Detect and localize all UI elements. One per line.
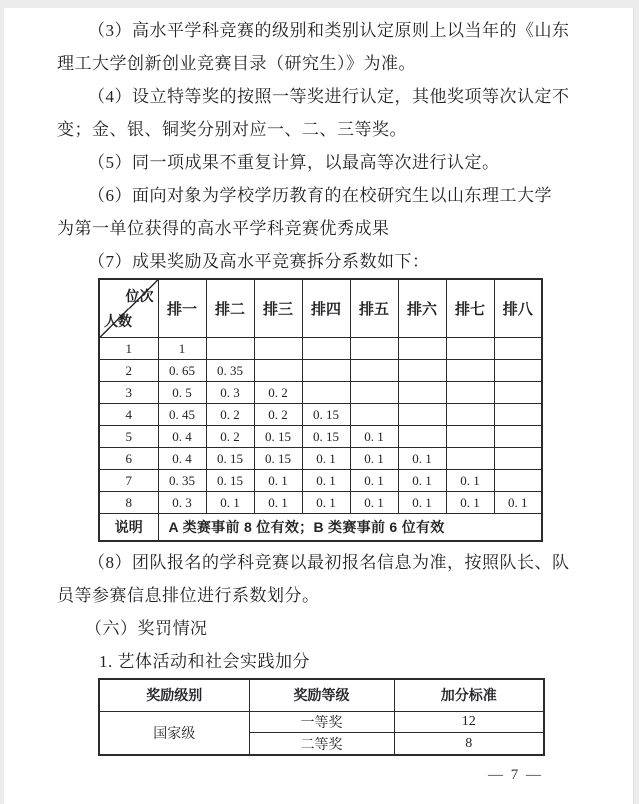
cell: 0. 5: [158, 382, 206, 404]
cell: 0. 1: [350, 492, 398, 514]
diagonal-corner-cell: 位次 人数: [99, 279, 158, 338]
cell: [494, 470, 542, 492]
paragraph-3: （3）高水平学科竞赛的级别和类别认定原则上以当年的《山东 理工大学创新创业竞赛目…: [57, 14, 585, 80]
section-6-heading: （六）奖罚情况: [57, 612, 585, 645]
cell: [446, 382, 494, 404]
paragraph-6: （6）面向对象为学校学历教育的在校研究生以山东理工大学 为第一单位获得的高水平学…: [57, 179, 585, 245]
cell: 0. 3: [158, 492, 206, 514]
cell: 0. 4: [158, 426, 206, 448]
cell: [302, 360, 350, 382]
cell: [302, 382, 350, 404]
cell: [446, 426, 494, 448]
document-page: （3）高水平学科竞赛的级别和类别认定原则上以当年的《山东 理工大学创新创业竞赛目…: [4, 8, 634, 804]
bonus-score-cell: 8: [394, 733, 544, 755]
table-row: 8 0. 3 0. 1 0. 1 0. 1 0. 1 0. 1 0. 1 0. …: [99, 492, 542, 514]
bonus-table: 奖励级别 奖励等级 加分标准 国家级 一等奖 12 二等奖 8: [98, 678, 545, 756]
table-row: 4 0. 45 0. 2 0. 2 0. 15: [99, 404, 542, 426]
cell: 0. 1: [350, 426, 398, 448]
cell: 0. 15: [254, 448, 302, 470]
note-row: 说明 A 类赛事前 8 位有效；B 类赛事前 6 位有效: [99, 514, 542, 541]
cell: 0. 15: [302, 426, 350, 448]
cell: 0. 35: [206, 360, 254, 382]
cell: 0. 1: [302, 492, 350, 514]
paragraph-3-line-1: （3）高水平学科竞赛的级别和类别认定原则上以当年的《山东: [57, 14, 585, 47]
cell: [494, 404, 542, 426]
table-row: 3 0. 5 0. 3 0. 2: [99, 382, 542, 404]
paragraph-8-line-2: 员等参赛信息排位进行系数划分。: [57, 579, 585, 612]
cell: 0. 1: [254, 470, 302, 492]
row-label: 3: [99, 382, 158, 404]
cell: [302, 338, 350, 360]
note-text: A 类赛事前 8 位有效；B 类赛事前 6 位有效: [158, 514, 542, 541]
cell: [206, 338, 254, 360]
row-label: 6: [99, 448, 158, 470]
col-header-rank7: 排七: [446, 279, 494, 338]
paragraph-3-line-2: 理工大学创新创业竞赛目录（研究生）》为准。: [57, 47, 585, 80]
col-header-award-grade: 奖励等级: [249, 679, 394, 711]
row-label: 8: [99, 492, 158, 514]
cell: 0. 15: [206, 448, 254, 470]
cell: 0. 2: [206, 426, 254, 448]
coefficient-table-header-row: 位次 人数 排一 排二 排三 排四 排五 排六 排七 排八: [99, 279, 542, 338]
cell: [398, 338, 446, 360]
bonus-table-header-row: 奖励级别 奖励等级 加分标准: [99, 679, 544, 711]
note-label: 说明: [99, 514, 158, 541]
bonus-score-cell: 12: [394, 711, 544, 733]
cell: [494, 448, 542, 470]
award-level-cell: 国家级: [99, 711, 249, 755]
row-label: 5: [99, 426, 158, 448]
col-header-rank3: 排三: [254, 279, 302, 338]
cell: 0. 1: [350, 448, 398, 470]
paragraph-7-line-1: （7）成果奖励及高水平竞赛拆分系数如下：: [57, 245, 585, 278]
cell: [494, 360, 542, 382]
row-label: 1: [99, 338, 158, 360]
row-label: 4: [99, 404, 158, 426]
cell: 0. 15: [206, 470, 254, 492]
cell: [398, 426, 446, 448]
cell: [350, 360, 398, 382]
cell: 0. 4: [158, 448, 206, 470]
col-header-rank4: 排四: [302, 279, 350, 338]
cell: 0. 2: [254, 404, 302, 426]
col-header-rank2: 排二: [206, 279, 254, 338]
paragraph-8: （8）团队报名的学科竞赛以最初报名信息为准，按照队长、队 员等参赛信息排位进行系…: [57, 546, 585, 612]
cell: 0. 35: [158, 470, 206, 492]
award-grade-cell: 二等奖: [249, 733, 394, 755]
col-header-award-level: 奖励级别: [99, 679, 249, 711]
table-row: 国家级 一等奖 12: [99, 711, 544, 733]
paragraph-4: （4）设立特等奖的按照一等奖进行认定，其他奖项等次认定不 变；金、银、铜奖分别对…: [57, 80, 585, 146]
cell: [350, 382, 398, 404]
cell: 0. 1: [398, 448, 446, 470]
paragraph-6-line-1: （6）面向对象为学校学历教育的在校研究生以山东理工大学: [57, 179, 585, 212]
coefficient-table: 位次 人数 排一 排二 排三 排四 排五 排六 排七 排八 1 1: [98, 278, 543, 542]
cell: [398, 360, 446, 382]
cell: 0. 45: [158, 404, 206, 426]
cell: [494, 426, 542, 448]
cell: 0. 1: [398, 492, 446, 514]
cell: 0. 15: [302, 404, 350, 426]
table-row: 7 0. 35 0. 15 0. 1 0. 1 0. 1 0. 1 0. 1: [99, 470, 542, 492]
cell: [350, 404, 398, 426]
cell: [446, 338, 494, 360]
cell: 0. 2: [254, 382, 302, 404]
page-number: — 7 —: [4, 767, 543, 784]
page-content: （3）高水平学科竞赛的级别和类别认定原则上以当年的《山东 理工大学创新创业竞赛目…: [57, 8, 585, 756]
paragraph-7: （7）成果奖励及高水平竞赛拆分系数如下：: [57, 245, 585, 278]
cell: [254, 360, 302, 382]
paragraph-8-line-1: （8）团队报名的学科竞赛以最初报名信息为准，按照队长、队: [57, 546, 585, 579]
cell: 0. 15: [254, 426, 302, 448]
document-canvas: （3）高水平学科竞赛的级别和类别认定原则上以当年的《山东 理工大学创新创业竞赛目…: [0, 0, 639, 804]
paragraph-5-line-1: （5）同一项成果不重复计算，以最高等次进行认定。: [57, 146, 585, 179]
cell: 0. 1: [398, 470, 446, 492]
col-header-bonus-standard: 加分标准: [394, 679, 544, 711]
cell: [398, 382, 446, 404]
row-label: 7: [99, 470, 158, 492]
cell: 0. 1: [446, 470, 494, 492]
cell: [446, 448, 494, 470]
paragraph-6-line-2: 为第一单位获得的高水平学科竞赛优秀成果: [57, 212, 585, 245]
cell: 0. 1: [494, 492, 542, 514]
cell: [398, 404, 446, 426]
table-row: 5 0. 4 0. 2 0. 15 0. 15 0. 1: [99, 426, 542, 448]
cell: 0. 1: [254, 492, 302, 514]
cell: 0. 3: [206, 382, 254, 404]
cell: 1: [158, 338, 206, 360]
subsection-1-heading: 1. 艺体活动和社会实践加分: [57, 645, 585, 678]
table-row: 2 0. 65 0. 35: [99, 360, 542, 382]
col-header-rank5: 排五: [350, 279, 398, 338]
cell: [254, 338, 302, 360]
award-grade-cell: 一等奖: [249, 711, 394, 733]
cell: 0. 1: [302, 470, 350, 492]
cell: 0. 65: [158, 360, 206, 382]
cell: 0. 1: [302, 448, 350, 470]
cell: [446, 404, 494, 426]
col-header-rank1: 排一: [158, 279, 206, 338]
cell: [494, 382, 542, 404]
col-header-rank6: 排六: [398, 279, 446, 338]
corner-label-count: 人数: [104, 311, 132, 331]
paragraph-4-line-1: （4）设立特等奖的按照一等奖进行认定，其他奖项等次认定不: [57, 80, 585, 113]
table-row: 1 1: [99, 338, 542, 360]
cell: 0. 1: [206, 492, 254, 514]
corner-label-rank: 位次: [126, 286, 154, 306]
table-row: 6 0. 4 0. 15 0. 15 0. 1 0. 1 0. 1: [99, 448, 542, 470]
cell: 0. 2: [206, 404, 254, 426]
cell: [446, 360, 494, 382]
cell: 0. 1: [446, 492, 494, 514]
row-label: 2: [99, 360, 158, 382]
cell: 0. 1: [350, 470, 398, 492]
col-header-rank8: 排八: [494, 279, 542, 338]
cell: [350, 338, 398, 360]
paragraph-4-line-2: 变；金、银、铜奖分别对应一、二、三等奖。: [57, 113, 585, 146]
cell: [494, 338, 542, 360]
paragraph-5: （5）同一项成果不重复计算，以最高等次进行认定。: [57, 146, 585, 179]
